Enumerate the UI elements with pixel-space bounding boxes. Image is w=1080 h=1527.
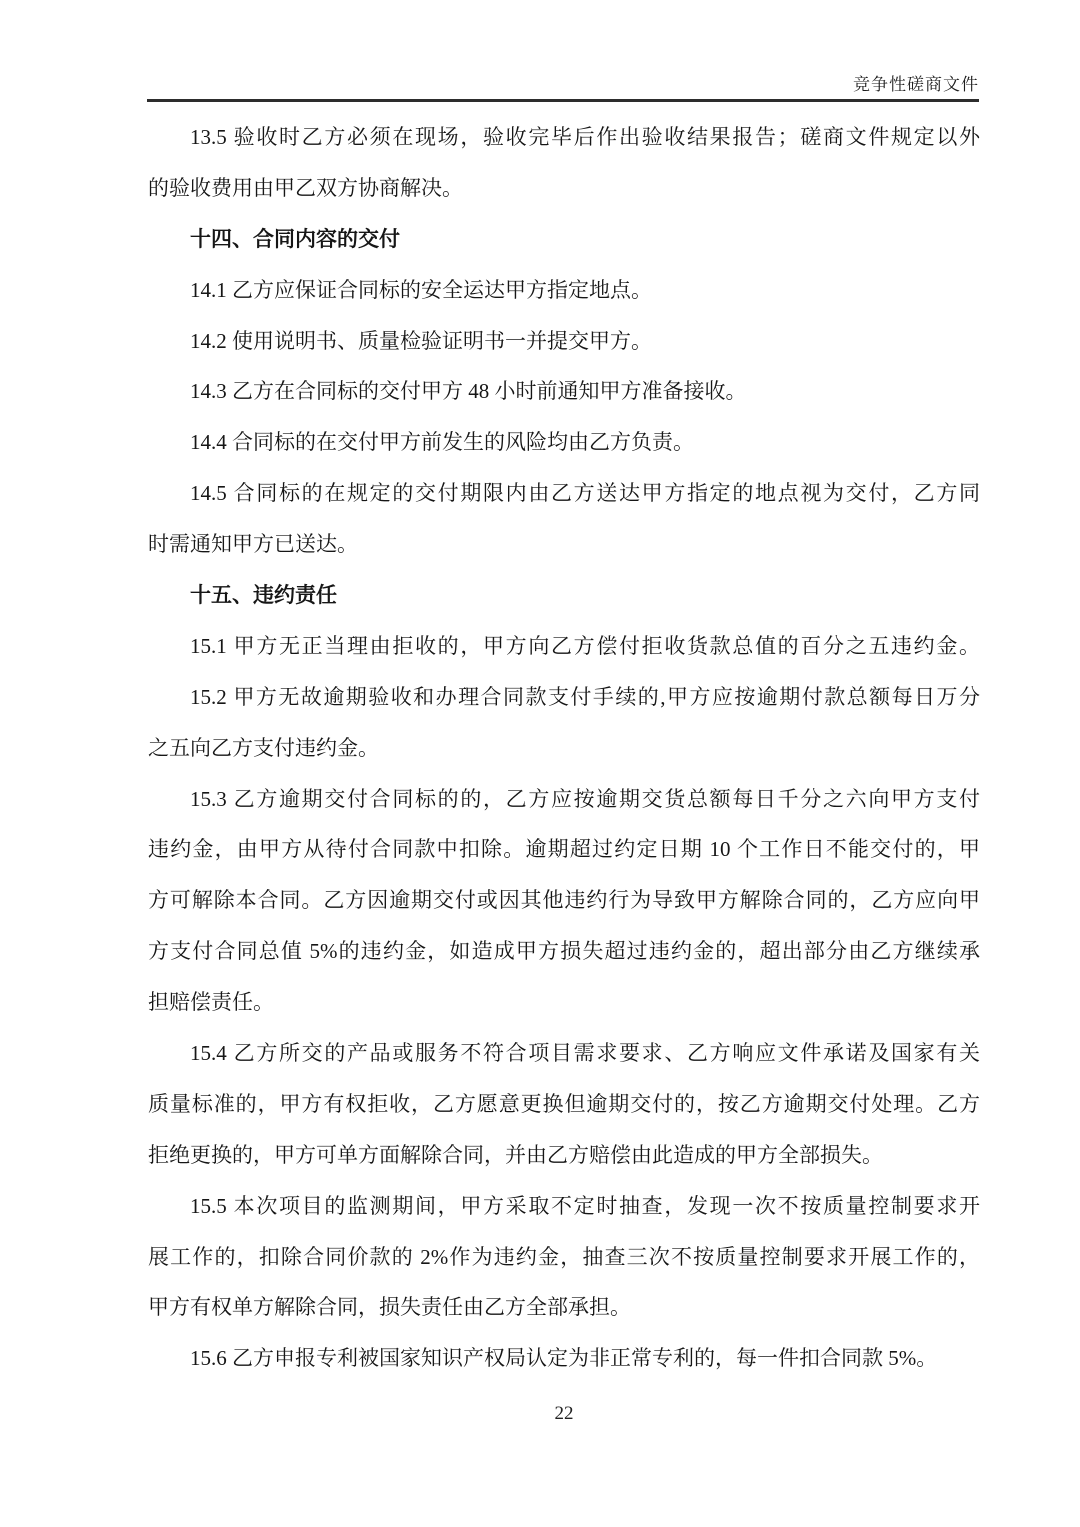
doc-line-clause-14-5-cont: 时需通知甲方已送达。: [148, 519, 980, 570]
doc-line-clause-15-2: 15.2 甲方无故逾期验收和办理合同款支付手续的,甲方应按逾期付款总额每日万分: [148, 672, 980, 723]
page-number: 22: [555, 1403, 574, 1424]
doc-line-clause-15-5-end: 甲方有权单方解除合同，损失责任由乙方全部承担。: [148, 1282, 980, 1333]
doc-line-clause-15-5-cont: 展工作的，扣除合同价款的 2%作为违约金，抽查三次不按质量控制要求开展工作的，: [148, 1232, 980, 1283]
doc-line-clause-15-4: 15.4 乙方所交的产品或服务不符合项目需求要求、乙方响应文件承诺及国家有关: [148, 1028, 980, 1079]
page-footer: 22: [148, 1403, 980, 1425]
doc-line-clause-14-3: 14.3 乙方在合同标的交付甲方 48 小时前通知甲方准备接收。: [148, 366, 980, 417]
doc-line-clause-15-3-cont: 方可解除本合同。乙方因逾期交付或因其他违约行为导致甲方解除合同的，乙方应向甲: [148, 875, 980, 926]
header-title: 竞争性磋商文件: [148, 70, 979, 95]
doc-line-clause-14-2: 14.2 使用说明书、质量检验证明书一并提交甲方。: [148, 316, 980, 367]
doc-line-clause-14-1: 14.1 乙方应保证合同标的安全运达甲方指定地点。: [148, 265, 980, 316]
header-rule: [147, 99, 979, 102]
doc-line-clause-15-1: 15.1 甲方无正当理由拒收的，甲方向乙方偿付拒收货款总值的百分之五违约金。: [148, 621, 980, 672]
doc-line-clause-15-3-end: 担赔偿责任。: [148, 977, 980, 1028]
doc-line-clause-15-3-cont: 方支付合同总值 5%的违约金，如造成甲方损失超过违约金的，超出部分由乙方继续承: [148, 926, 980, 977]
doc-line-clause-14-5: 14.5 合同标的在规定的交付期限内由乙方送达甲方指定的地点视为交付，乙方同: [148, 468, 980, 519]
doc-line-clause-15-5: 15.5 本次项目的监测期间，甲方采取不定时抽查，发现一次不按质量控制要求开: [148, 1181, 980, 1232]
section-heading-15: 十五、违约责任: [148, 570, 980, 621]
doc-line-clause-15-4-cont: 质量标准的，甲方有权拒收，乙方愿意更换但逾期交付的，按乙方逾期交付处理。乙方: [148, 1079, 980, 1130]
doc-line-clause-15-6: 15.6 乙方申报专利被国家知识产权局认定为非正常专利的，每一件扣合同款 5%。: [148, 1333, 980, 1384]
doc-line-clause-13-5: 13.5 验收时乙方必须在现场，验收完毕后作出验收结果报告；磋商文件规定以外: [148, 112, 980, 163]
doc-line-clause-14-4: 14.4 合同标的在交付甲方前发生的风险均由乙方负责。: [148, 417, 980, 468]
document-body: 13.5 验收时乙方必须在现场，验收完毕后作出验收结果报告；磋商文件规定以外 的…: [148, 112, 980, 1384]
section-heading-14: 十四、合同内容的交付: [148, 214, 980, 265]
doc-line-clause-15-3-cont: 违约金，由甲方从待付合同款中扣除。逾期超过约定日期 10 个工作日不能交付的，甲: [148, 824, 980, 875]
doc-line-clause-15-3: 15.3 乙方逾期交付合同标的的，乙方应按逾期交货总额每日千分之六向甲方支付: [148, 774, 980, 825]
document-page: 竞争性磋商文件 13.5 验收时乙方必须在现场，验收完毕后作出验收结果报告；磋商…: [0, 0, 1080, 1527]
doc-line-clause-15-2-cont: 之五向乙方支付违约金。: [148, 723, 980, 774]
doc-line-clause-13-5-cont: 的验收费用由甲乙双方协商解决。: [148, 163, 980, 214]
doc-line-clause-15-4-end: 拒绝更换的，甲方可单方面解除合同，并由乙方赔偿由此造成的甲方全部损失。: [148, 1130, 980, 1181]
